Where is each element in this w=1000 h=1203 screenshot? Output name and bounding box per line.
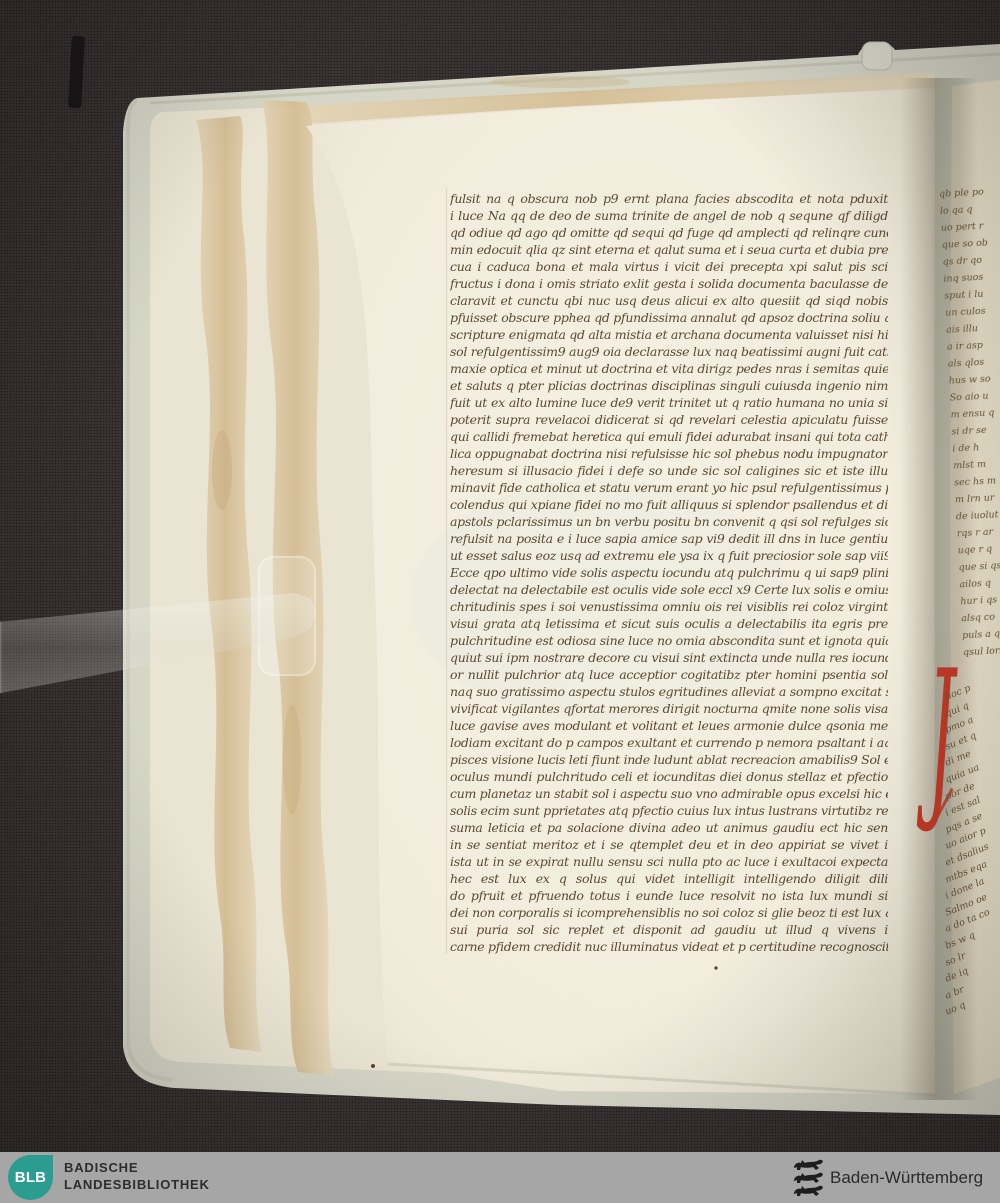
baden-wuerttemberg-lions-icon bbox=[791, 1158, 825, 1198]
state-name: Baden-Württemberg bbox=[830, 1152, 983, 1203]
library-name-line1: BADISCHE bbox=[64, 1159, 210, 1176]
library-name: BADISCHE LANDESBIBLIOTHEK bbox=[64, 1159, 210, 1193]
library-name-line2: LANDESBIBLIOTHEK bbox=[64, 1176, 210, 1193]
library-banner: BLB BADISCHE LANDESBIBLIOTHEK Baden-Würt… bbox=[0, 1152, 1000, 1203]
photo-vignette bbox=[0, 0, 1000, 1203]
blb-logo-text: BLB bbox=[15, 1169, 46, 1186]
blb-logo: BLB bbox=[8, 1155, 53, 1200]
digitized-manuscript-view: fulsit na q obscura nob p9 ernt plana fa… bbox=[0, 0, 1000, 1203]
